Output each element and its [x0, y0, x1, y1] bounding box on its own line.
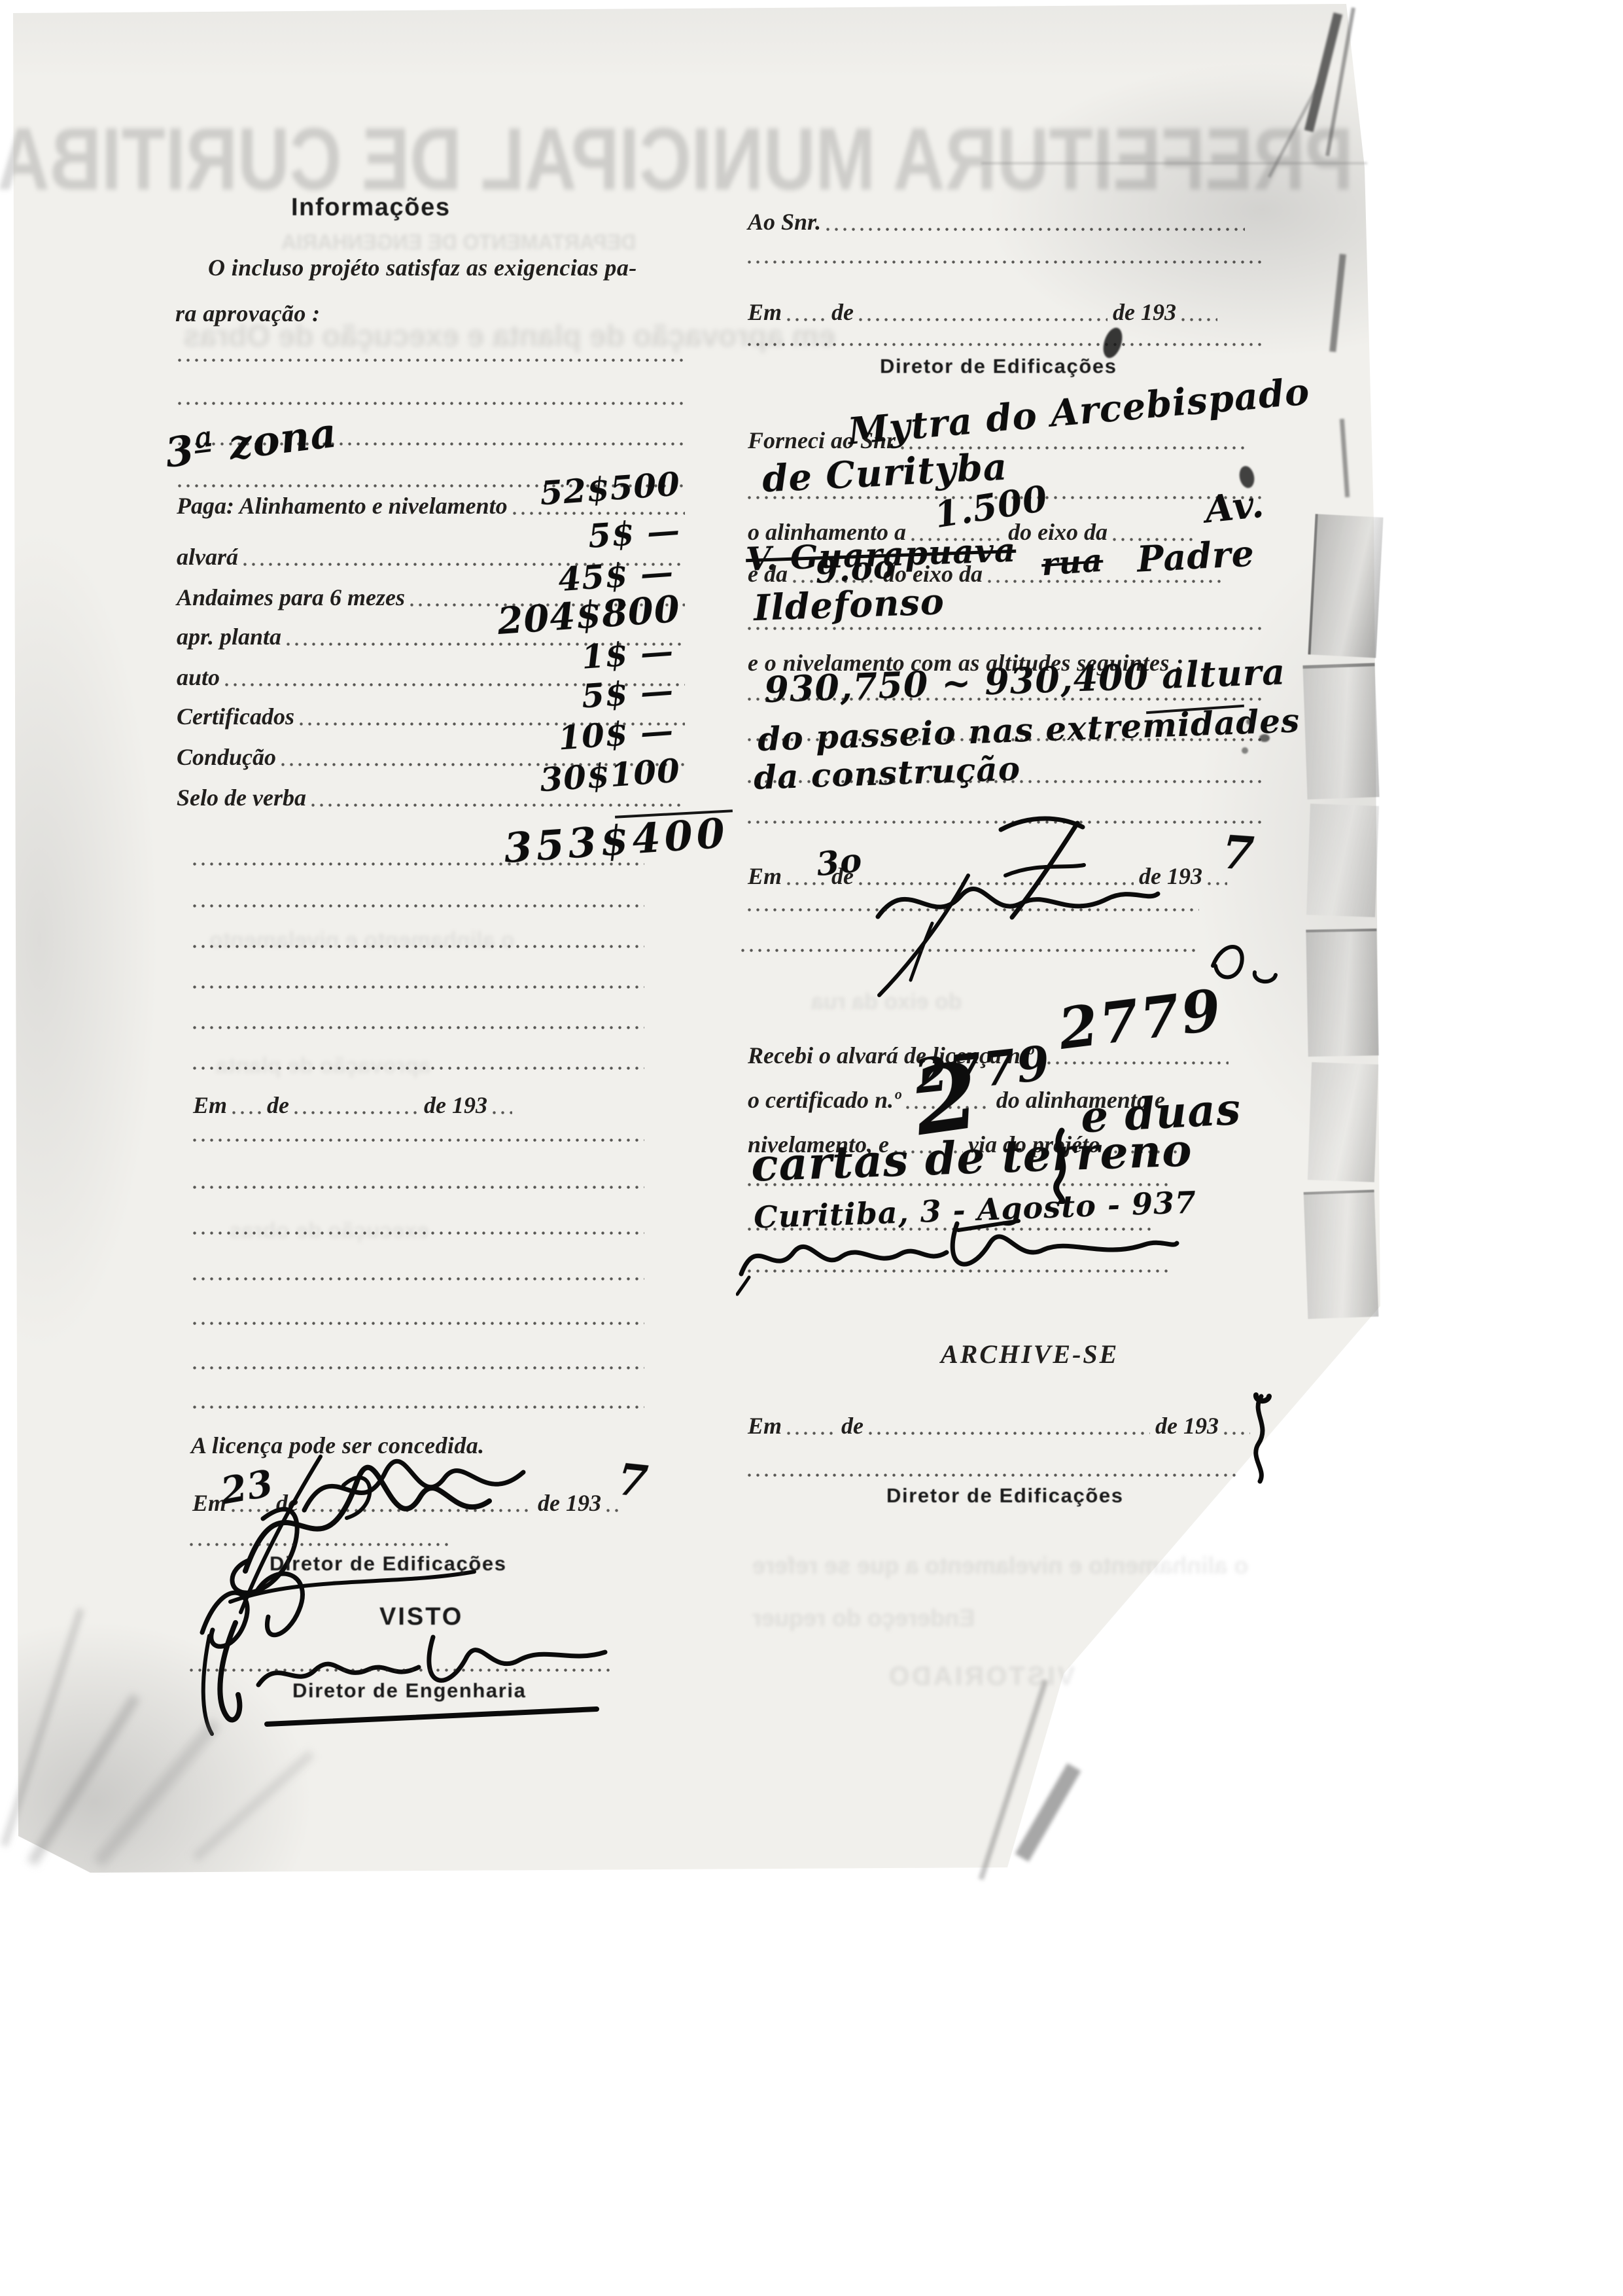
paper-fold-flap — [1304, 1190, 1379, 1319]
eda-pre: e da — [748, 560, 788, 588]
dotted-line — [190, 1669, 615, 1672]
dotted-line — [193, 1026, 644, 1029]
fee-label: apr. planta — [177, 623, 281, 650]
dotted-line — [748, 780, 1263, 783]
scanned-document: PREFEITURA MUNICIPAL DE CURITIBA DEPARTA… — [0, 0, 1623, 2296]
dotted-leader — [606, 1509, 623, 1512]
intro-line2: ra aprovação : — [175, 300, 321, 327]
archive-date-line: Em de de 193 — [748, 1412, 1255, 1439]
date-de193: de 193 — [1155, 1412, 1219, 1439]
dotted-leader — [787, 318, 826, 321]
nivel-day-handwriting: 3o — [814, 840, 864, 883]
fold-line — [981, 162, 1367, 164]
nivel-year-handwriting: 7 — [1220, 824, 1256, 881]
dotted-leader — [826, 228, 1245, 231]
director-edificacoes-label-left: Diretor de Edificações — [270, 1552, 507, 1576]
fee-label: Certificados — [177, 703, 294, 730]
dotted-line — [193, 1139, 644, 1142]
alinhamento-avenue-handwriting: Av. — [1203, 482, 1266, 531]
fee-label: Selo de verba — [177, 784, 306, 811]
ink-speck — [1246, 718, 1254, 725]
dotted-line — [748, 1474, 1238, 1477]
ink-squiggle — [1242, 1392, 1281, 1484]
ao-snr-line: Ao Snr. — [748, 208, 1250, 236]
dotted-leader — [1181, 318, 1217, 321]
intro-line1: O incluso projéto satisfaz as exigencias… — [208, 254, 637, 281]
date-blank-line: Em de de 193 — [748, 298, 1223, 326]
paper-fold-flap — [1306, 928, 1378, 1057]
paper-fold-flap — [1308, 1062, 1378, 1182]
fee-label: Andaimes para 6 mezes — [177, 584, 405, 611]
dotted-leader — [493, 1111, 512, 1114]
dotted-line — [193, 1277, 644, 1280]
fee-label: auto — [177, 663, 220, 691]
date-em: Em — [748, 298, 782, 326]
dotted-leader — [311, 804, 685, 807]
dotted-line — [193, 1405, 644, 1409]
ghost-bottom-line1: o alinhamento e nivelamento a que se ref… — [752, 1552, 1248, 1580]
recebi-signature-scribble — [736, 1212, 1181, 1297]
ghost-smudge: o alinhamento e nivelamento — [209, 928, 515, 953]
ao-snr-label: Ao Snr. — [748, 208, 821, 236]
dotted-leader — [869, 1432, 1150, 1435]
date-de193: de 193 — [424, 1091, 487, 1119]
dotted-line — [748, 1183, 1173, 1186]
dotted-line — [193, 1231, 644, 1235]
date-em: Em — [193, 1091, 227, 1119]
dotted-line — [748, 1269, 1173, 1273]
dotted-leader — [1208, 882, 1227, 885]
ghost-bottom-line2: Endereço do requer — [752, 1604, 975, 1632]
dotted-line — [190, 1543, 451, 1546]
dotted-line — [178, 402, 687, 405]
dotted-line — [193, 1186, 644, 1189]
dotted-line — [748, 260, 1263, 264]
ink-speck — [1242, 747, 1248, 754]
dotted-line — [193, 1067, 644, 1070]
dotted-line — [193, 1322, 644, 1325]
nivel-signature-scribble — [870, 861, 1164, 998]
dotted-leader — [232, 1111, 262, 1114]
archive-label: ARCHIVE-SE — [941, 1339, 1119, 1369]
date-de: de — [841, 1412, 864, 1439]
ink-scribble — [1039, 1125, 1085, 1204]
dotted-leader — [859, 318, 1108, 321]
informacoes-heading: Informações — [291, 194, 451, 222]
ghost-vistoriado: VISTORIADO — [886, 1662, 1075, 1691]
ghost-subheader-bleedthrough: DEPARTAMENTO DE ENGENHARIA — [281, 230, 636, 255]
date-de: de — [831, 298, 854, 326]
director-edificacoes-label-bottom: Diretor de Edificações — [886, 1484, 1124, 1508]
dotted-line — [178, 359, 687, 362]
dotted-line — [748, 698, 1263, 701]
eda-street-handwriting: Padre — [1136, 532, 1255, 580]
date-em: Em — [748, 1412, 782, 1439]
dotted-line — [748, 343, 1263, 346]
dotted-line — [748, 738, 1263, 741]
paper-fold-flap — [1306, 804, 1379, 917]
director-edificacoes-label-top: Diretor de Edificações — [880, 355, 1117, 378]
date-de193: de 193 — [1113, 298, 1176, 326]
fee-label: Condução — [177, 743, 276, 771]
recebi-line2-pre: o certificado n.º — [748, 1086, 901, 1114]
date-em: Em — [748, 862, 782, 890]
fee-label: Paga: Alinhamento e nivelamento — [177, 492, 508, 520]
dotted-line — [748, 908, 1199, 911]
street2-handwriting: Ildefonso — [753, 580, 945, 629]
dotted-line — [748, 627, 1263, 630]
dotted-line — [193, 945, 644, 948]
dotted-line — [741, 949, 1199, 952]
dotted-line — [193, 985, 644, 989]
license-year-handwriting: 7 — [615, 1454, 651, 1508]
paper-fold-flap — [1302, 663, 1379, 800]
director-engenharia-label: Diretor de Engenharia — [292, 1679, 526, 1703]
ink-speck — [1259, 734, 1270, 742]
date-de193: de 193 — [538, 1489, 601, 1517]
date-de: de — [267, 1091, 289, 1119]
paper-fold-flap — [1308, 514, 1383, 658]
dotted-line — [193, 1366, 644, 1369]
dotted-leader — [294, 1111, 419, 1114]
dotted-leader — [988, 580, 1223, 583]
date-blank-line: Em de de 193 — [193, 1091, 517, 1119]
eda-rua-handwriting: rua — [1040, 542, 1104, 583]
dotted-line — [193, 904, 644, 908]
dotted-line — [193, 862, 644, 866]
fee-label: alvará — [177, 543, 238, 571]
dotted-leader — [787, 1432, 836, 1435]
